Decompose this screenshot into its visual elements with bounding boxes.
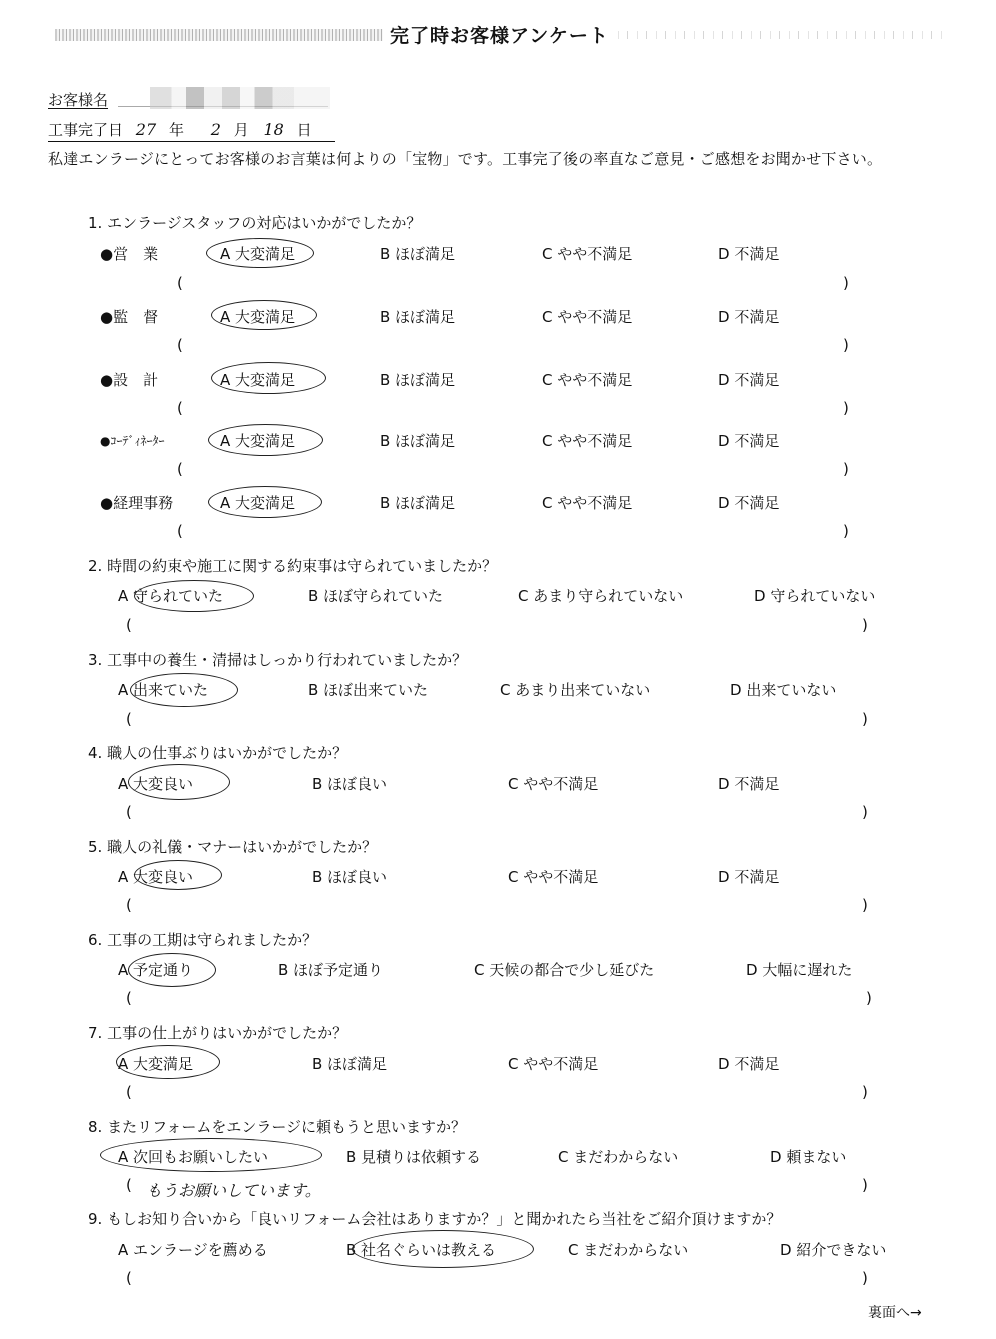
- option-c[interactable]: C まだわからない: [568, 1239, 688, 1260]
- q1-option-d[interactable]: D 不満足: [718, 306, 779, 327]
- option-b[interactable]: B 見積りは依頼する: [346, 1146, 481, 1167]
- comment-open-paren: (: [177, 274, 183, 292]
- comment-close-paren: ): [843, 522, 849, 540]
- option-c[interactable]: C やや不満足: [508, 773, 598, 794]
- q1-option-d[interactable]: D 不満足: [718, 492, 779, 513]
- comment-close-paren: ): [862, 1176, 868, 1194]
- option-a[interactable]: A 次回もお願いしたい: [118, 1146, 268, 1167]
- option-b[interactable]: B ほぼ良い: [312, 773, 387, 794]
- option-a[interactable]: A 大変良い: [118, 866, 193, 887]
- q1-option-c[interactable]: C やや不満足: [542, 243, 632, 264]
- option-d[interactable]: D 出来ていない: [730, 679, 836, 700]
- q1-option-a[interactable]: A 大変満足: [220, 430, 295, 451]
- q1-option-a[interactable]: A 大変満足: [220, 243, 295, 264]
- comment-close-paren: ): [843, 460, 849, 478]
- option-b[interactable]: B ほぼ予定通り: [278, 959, 383, 980]
- option-c[interactable]: C あまり守られていない: [518, 585, 683, 606]
- q1-option-d[interactable]: D 不満足: [718, 369, 779, 390]
- comment-close-paren: ): [843, 399, 849, 417]
- option-d[interactable]: D 大幅に遅れた: [746, 959, 852, 980]
- comment-open-paren: (: [177, 336, 183, 354]
- option-a[interactable]: A 守られていた: [118, 585, 223, 606]
- comment-open-paren: (: [126, 1083, 132, 1101]
- q1-option-b[interactable]: B ほぼ満足: [380, 243, 455, 264]
- q1-row-label: ●設 計: [100, 369, 158, 390]
- option-a[interactable]: A 大変良い: [118, 773, 193, 794]
- option-a[interactable]: A 出来ていた: [118, 679, 208, 700]
- redacted-header-info: [618, 31, 943, 39]
- question-text: 2. 時間の約束や施工に関する約束事は守られていましたか？: [88, 555, 497, 576]
- comment-close-paren: ): [862, 710, 868, 728]
- comment-open-paren: (: [126, 1176, 132, 1194]
- redacted-company-name: [55, 29, 383, 41]
- next-page-link[interactable]: 裏面へ→: [868, 1302, 922, 1322]
- completion-day[interactable]: 18: [264, 120, 284, 139]
- comment-open-paren: (: [177, 399, 183, 417]
- q1-option-a[interactable]: A 大変満足: [220, 369, 295, 390]
- comment-open-paren: (: [126, 616, 132, 634]
- option-d[interactable]: D 守られていない: [754, 585, 875, 606]
- comment-open-paren: (: [126, 989, 132, 1007]
- option-a[interactable]: A 予定通り: [118, 959, 193, 980]
- comment-close-paren: ): [843, 336, 849, 354]
- q1-option-c[interactable]: C やや不満足: [542, 369, 632, 390]
- day-unit: 日: [297, 121, 312, 139]
- q1-option-b[interactable]: B ほぼ満足: [380, 306, 455, 327]
- comment-close-paren: ): [862, 1269, 868, 1287]
- option-a[interactable]: A エンラージを薦める: [118, 1239, 268, 1260]
- comment-close-paren: ): [862, 1083, 868, 1101]
- comment-open-paren: (: [177, 522, 183, 540]
- option-d[interactable]: D 頼まない: [770, 1146, 846, 1167]
- completion-year[interactable]: 27: [136, 120, 156, 139]
- q1-option-b[interactable]: B ほぼ満足: [380, 492, 455, 513]
- comment-open-paren: (: [126, 1269, 132, 1287]
- q1-option-d[interactable]: D 不満足: [718, 430, 779, 451]
- q1-option-b[interactable]: B ほぼ満足: [380, 369, 455, 390]
- option-c[interactable]: C やや不満足: [508, 866, 598, 887]
- option-b[interactable]: B ほぼ良い: [312, 866, 387, 887]
- redacted-customer-name[interactable]: [150, 87, 330, 109]
- question-text: 4. 職人の仕事ぶりはいかがでしたか？: [88, 742, 347, 763]
- customer-name-label: お客様名: [48, 89, 108, 110]
- question-text: 9. もしお知り合いから「良いリフォーム会社はありますか？」と聞かれたら当社をご…: [88, 1208, 781, 1229]
- question-text: 5. 職人の礼儀・マナーはいかがでしたか？: [88, 836, 377, 857]
- q1-option-c[interactable]: C やや不満足: [542, 306, 632, 327]
- option-c[interactable]: C 天候の都合で少し延びた: [474, 959, 654, 980]
- q1-row-label: ●営 業: [100, 243, 158, 264]
- comment-close-paren: ): [862, 803, 868, 821]
- option-b[interactable]: B ほぼ出来ていた: [308, 679, 428, 700]
- option-c[interactable]: C やや不満足: [508, 1053, 598, 1074]
- page-title: 完了時お客様アンケート: [390, 21, 609, 48]
- option-c[interactable]: C まだわからない: [558, 1146, 678, 1167]
- comment-open-paren: (: [126, 710, 132, 728]
- q1-option-c[interactable]: C やや不満足: [542, 492, 632, 513]
- q1-row-label: ●経理事務: [100, 492, 173, 513]
- option-d[interactable]: D 紹介できない: [780, 1239, 886, 1260]
- month-unit: 月: [234, 121, 249, 139]
- option-d[interactable]: D 不満足: [718, 1053, 779, 1074]
- q1-row-label: ●ｺｰﾃﾞｨﾈｰﾀｰ: [100, 432, 164, 449]
- option-d[interactable]: D 不満足: [718, 866, 779, 887]
- question-text: 3. 工事中の養生・清掃はしっかり行われていましたか？: [88, 649, 467, 670]
- year-unit: 年: [169, 121, 184, 139]
- comment-open-paren: (: [126, 896, 132, 914]
- q1-option-d[interactable]: D 不満足: [718, 243, 779, 264]
- question-text: 7. 工事の仕上がりはいかがでしたか？: [88, 1022, 347, 1043]
- q1-option-a[interactable]: A 大変満足: [220, 492, 295, 513]
- option-d[interactable]: D 不満足: [718, 773, 779, 794]
- option-a[interactable]: A 大変満足: [118, 1053, 193, 1074]
- comment-open-paren: (: [177, 460, 183, 478]
- q1-option-b[interactable]: B ほぼ満足: [380, 430, 455, 451]
- option-b[interactable]: B ほぼ守られていた: [308, 585, 443, 606]
- comment-close-paren: ): [862, 896, 868, 914]
- completion-date-row: 工事完了日 27 年 2 月 18 日: [48, 119, 335, 142]
- option-b[interactable]: B 社名ぐらいは教える: [346, 1239, 496, 1260]
- question-text: 6. 工事の工期は守られましたか？: [88, 929, 317, 950]
- completion-date-label: 工事完了日: [48, 121, 123, 139]
- option-b[interactable]: B ほぼ満足: [312, 1053, 387, 1074]
- handwritten-comment[interactable]: もうお願いしています。: [146, 1178, 321, 1201]
- q1-option-a[interactable]: A 大変満足: [220, 306, 295, 327]
- completion-month[interactable]: 2: [211, 120, 221, 139]
- question-text: 8. またリフォームをエンラージに頼もうと思いますか？: [88, 1116, 466, 1137]
- comment-close-paren: ): [862, 616, 868, 634]
- comment-open-paren: (: [126, 803, 132, 821]
- q1-option-c[interactable]: C やや不満足: [542, 430, 632, 451]
- q1-question: 1. エンラージスタッフの対応はいかがでしたか？: [88, 212, 421, 233]
- comment-close-paren: ): [866, 989, 872, 1007]
- q1-row-label: ●監 督: [100, 306, 158, 327]
- comment-close-paren: ): [843, 274, 849, 292]
- intro-text: 私達エンラージにとってお客様のお言葉は何よりの「宝物」です。工事完了後の率直なご…: [48, 148, 882, 169]
- option-c[interactable]: C あまり出来ていない: [500, 679, 650, 700]
